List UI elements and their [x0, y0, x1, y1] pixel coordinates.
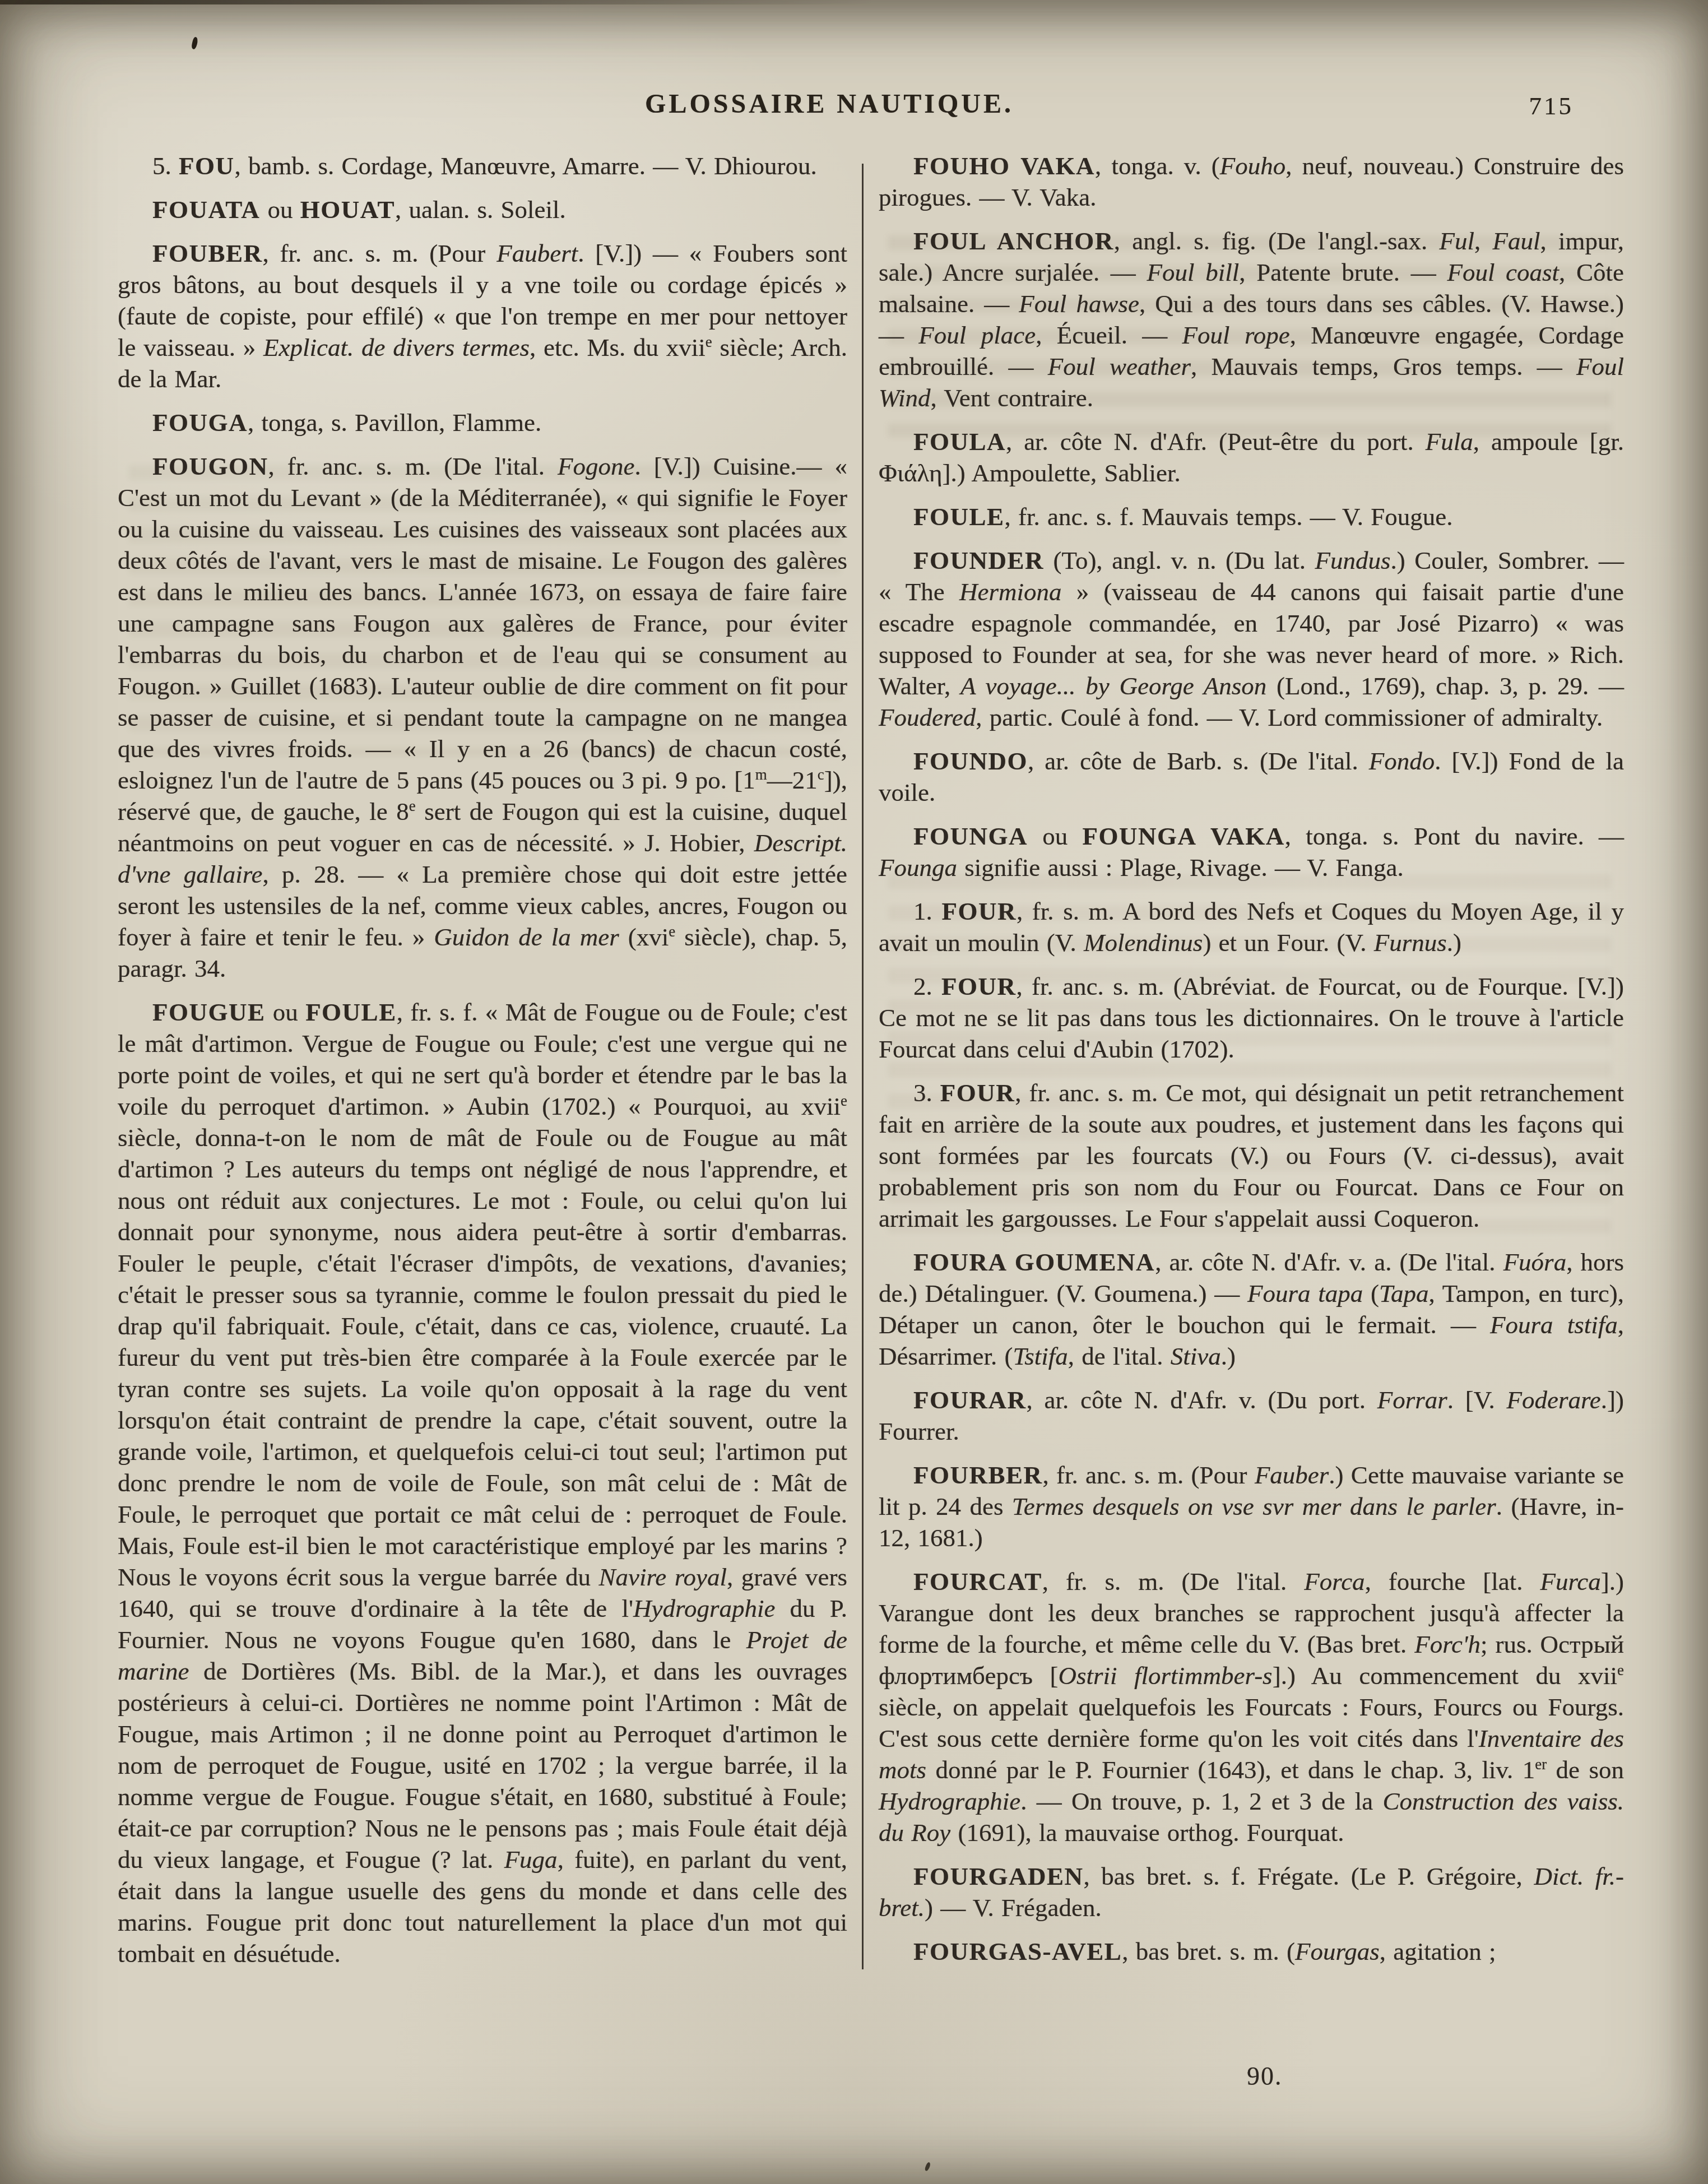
- headword: FOUNGA: [913, 822, 1028, 850]
- headword: FOUR: [941, 897, 1017, 925]
- dictionary-entry-fourcat: FOURCAT, fr. s. m. (De l'ital. Forca, fo…: [879, 1566, 1624, 1848]
- dictionary-entry-founga: FOUNGA ou FOUNGA VAKA, tonga. s. Pont du…: [879, 820, 1624, 883]
- headword: FOUGA: [152, 409, 248, 437]
- dictionary-entry-fouata: FOUATA ou HOUAT, ualan. s. Soleil.: [118, 194, 847, 225]
- headword: FOUHO VAKA: [913, 152, 1095, 180]
- dictionary-entry-fourber: FOURBER, fr. anc. s. m. (Pour Fauber.) C…: [879, 1459, 1624, 1554]
- page-number: 715: [1529, 91, 1574, 120]
- headword: FOURAR: [913, 1386, 1026, 1414]
- headword: FOUATA: [152, 196, 260, 224]
- headword: FOURGADEN: [913, 1862, 1084, 1890]
- dictionary-entry-fourar: FOURAR, ar. côte N. d'Afr. v. (Du port. …: [879, 1384, 1624, 1447]
- headword: FOUR: [940, 1079, 1015, 1107]
- dictionary-entry-founder: FOUNDER (To), angl. v. n. (Du lat. Fundu…: [879, 545, 1624, 733]
- ink-speck: [924, 2162, 931, 2171]
- dictionary-entry-foule: FOULE, fr. anc. s. f. Mauvais temps. — V…: [879, 501, 1624, 532]
- scan-edge-shadow: [0, 0, 874, 4]
- headword: FOUR: [941, 972, 1017, 1000]
- column-divider-rule: [862, 164, 864, 1969]
- dictionary-entry-fourgas-avel: FOURGAS-AVEL, bas bret. s. m. (Fourgas, …: [879, 1936, 1624, 1967]
- dictionary-entry-foundo: FOUNDO, ar. côte de Barb. s. (De l'ital.…: [879, 745, 1624, 808]
- headword: FOURBER: [913, 1461, 1043, 1489]
- dictionary-entry-fou: 5. FOU, bamb. s. Cordage, Manœuvre, Amar…: [118, 150, 847, 182]
- dictionary-entry-fourgaden: FOURGADEN, bas bret. s. f. Frégate. (Le …: [879, 1861, 1624, 1923]
- dictionary-entry-fouber: FOUBER, fr. anc. s. m. (Pour Faubert. [V…: [118, 238, 847, 395]
- headword: FOURGAS-AVEL: [913, 1937, 1122, 1965]
- headword: FOUGON: [152, 452, 268, 480]
- headword: HOUAT: [300, 196, 395, 224]
- dictionary-entry-fouho-vaka: FOUHO VAKA, tonga. v. (Fouho, neuf, nouv…: [879, 150, 1624, 213]
- dictionary-entry-four-3: 3. FOUR, fr. anc. s. m. Ce mot, qui dési…: [879, 1077, 1624, 1234]
- ink-speck: [191, 36, 198, 50]
- dictionary-entry-four-1: 1. FOUR, fr. s. m. A bord des Nefs et Co…: [879, 896, 1624, 958]
- left-column: 5. FOU, bamb. s. Cordage, Manœuvre, Amar…: [118, 150, 847, 1982]
- dictionary-entry-foura-goumena: FOURA GOUMENA, ar. côte N. d'Afr. v. a. …: [879, 1246, 1624, 1372]
- headword: FOUNDER: [913, 546, 1044, 574]
- dictionary-entry-foul-anchor: FOUL ANCHOR, angl. s. fig. (De l'angl.-s…: [879, 225, 1624, 414]
- headword: FOUGUE: [152, 998, 266, 1026]
- headword: FOUL ANCHOR: [913, 227, 1114, 255]
- headword: FOULA: [913, 428, 1006, 456]
- running-head-title: GLOSSAIRE NAUTIQUE.: [0, 89, 1659, 119]
- headword: FOUNDO: [913, 747, 1028, 775]
- dictionary-entry-fougon: FOUGON, fr. anc. s. m. (De l'ital. Fogon…: [118, 451, 847, 984]
- dictionary-entry-fougue: FOUGUE ou FOULE, fr. s. f. « Mât de Foug…: [118, 996, 847, 1969]
- dictionary-entry-four-2: 2. FOUR, fr. anc. s. m. (Abréviat. de Fo…: [879, 971, 1624, 1065]
- signature-mark: 90.: [1247, 2061, 1283, 2091]
- headword: FOUNGA VAKA: [1083, 822, 1285, 850]
- right-column: FOUHO VAKA, tonga. v. (Fouho, neuf, nouv…: [879, 150, 1624, 1979]
- headword: FOU: [179, 152, 235, 180]
- headword: FOULE: [913, 503, 1005, 531]
- dictionary-entry-foula: FOULA, ar. côte N. d'Afr. (Peut-être du …: [879, 426, 1624, 489]
- headword: FOULE: [305, 998, 397, 1026]
- scanned-dictionary-page: GLOSSAIRE NAUTIQUE. 715 5. FOU, bamb. s.…: [0, 0, 1708, 2184]
- headword: FOURCAT: [913, 1568, 1042, 1596]
- dictionary-entry-fouga: FOUGA, tonga, s. Pavillon, Flamme.: [118, 407, 847, 438]
- headword: FOURA GOUMENA: [913, 1248, 1155, 1276]
- headword: FOUBER: [152, 239, 263, 267]
